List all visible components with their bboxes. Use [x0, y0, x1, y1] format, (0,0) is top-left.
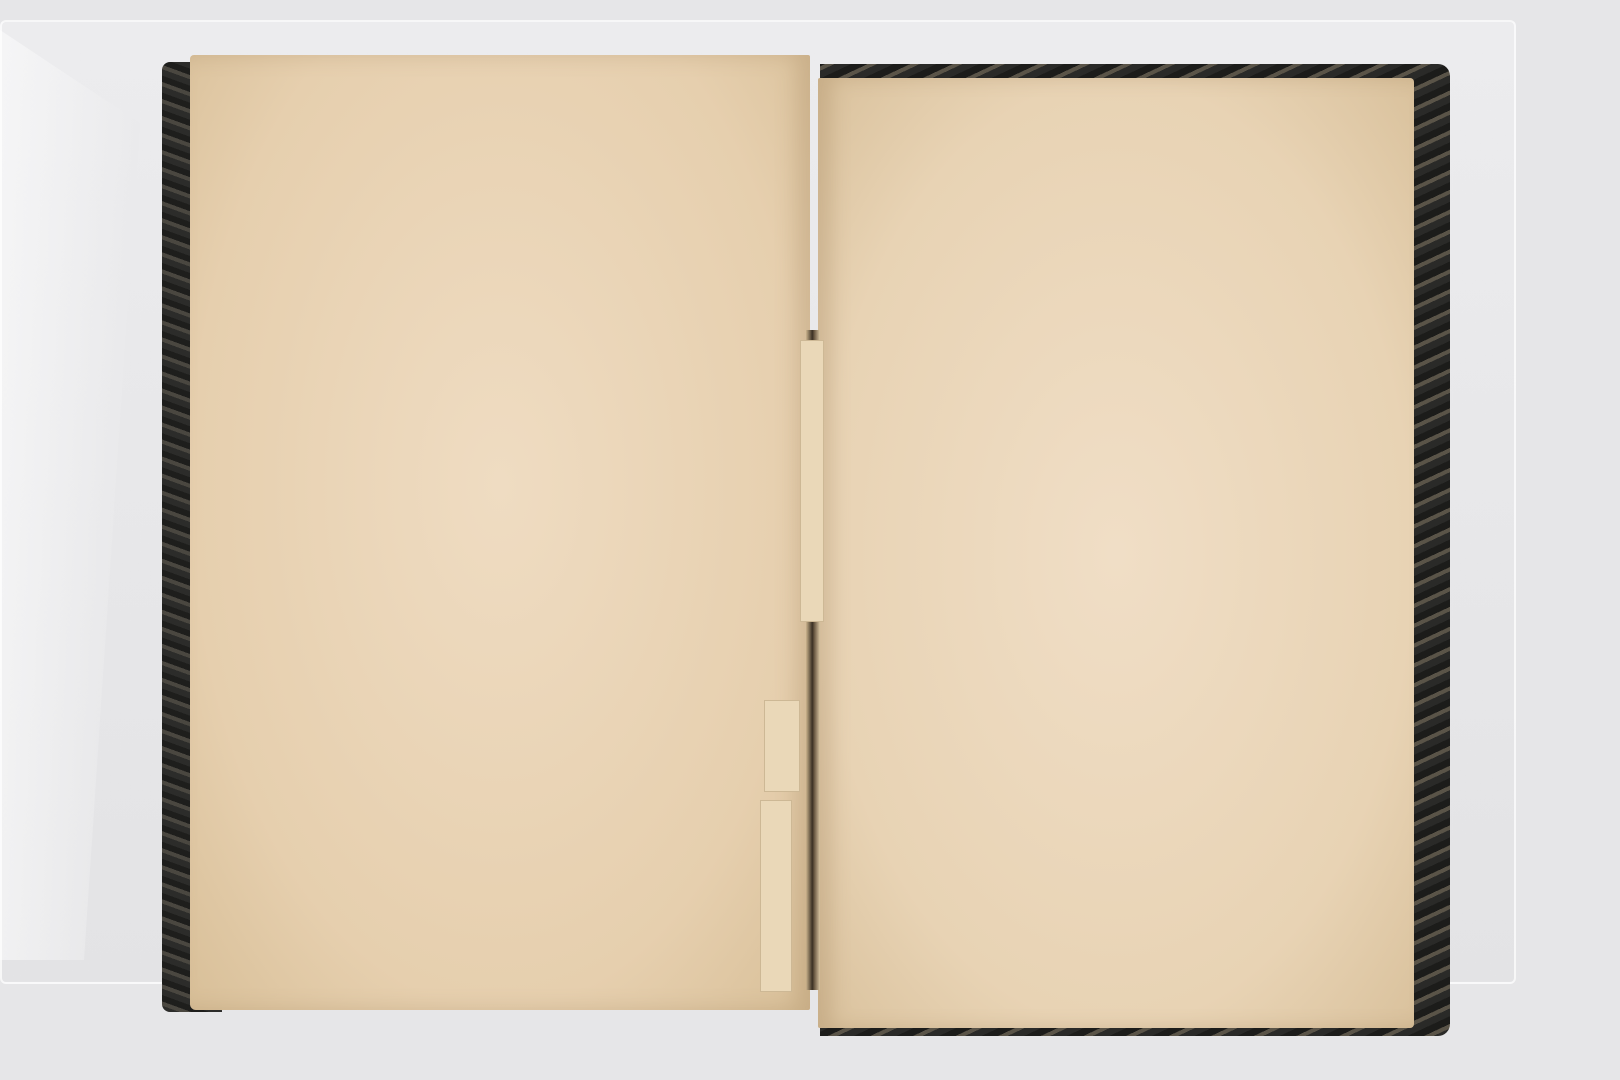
paper-tear — [760, 800, 792, 992]
paper-tear — [800, 340, 824, 622]
paper-tear — [764, 700, 800, 792]
right-page — [818, 78, 1414, 1028]
left-page — [190, 55, 810, 1010]
